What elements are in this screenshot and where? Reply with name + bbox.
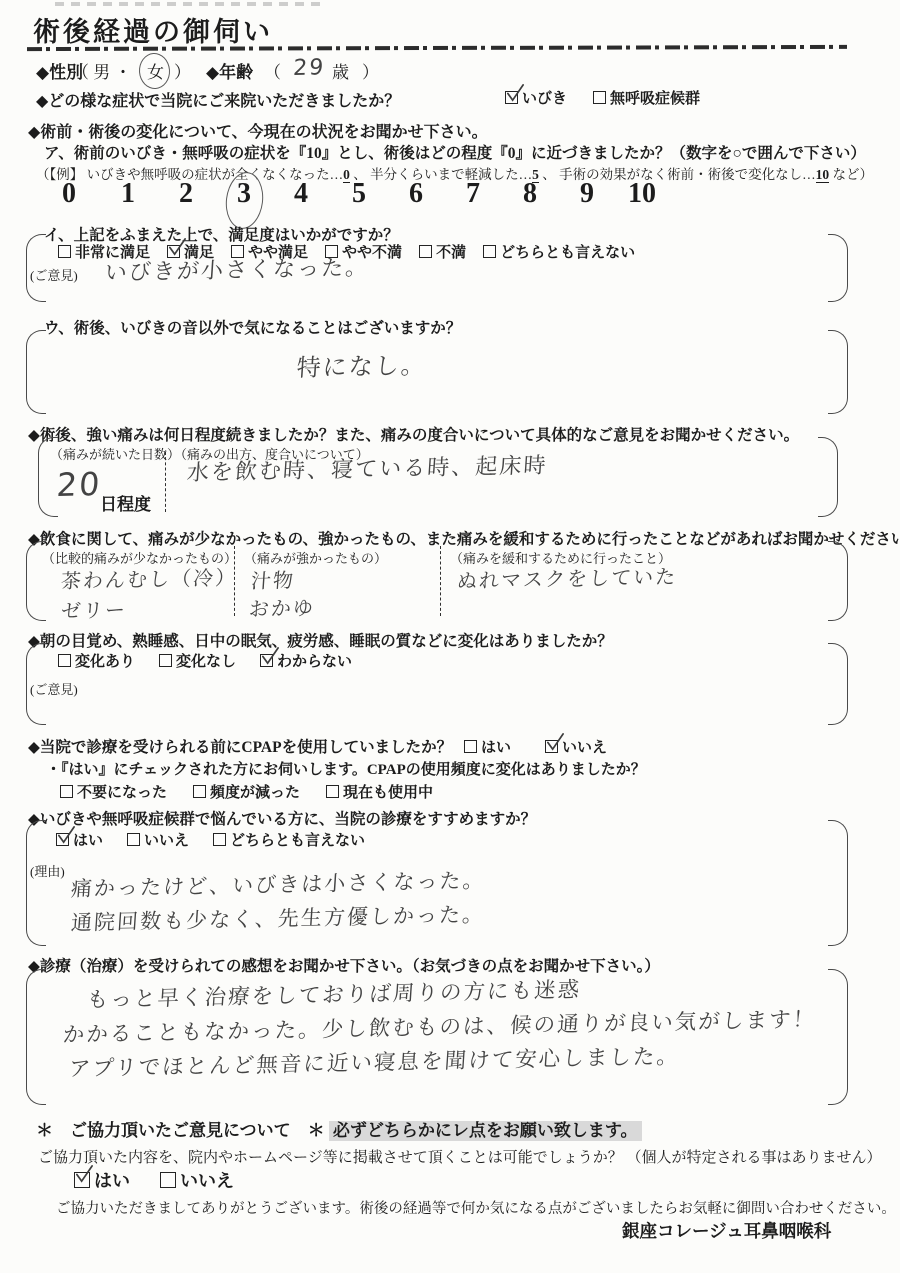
pain-column-divider [165,452,166,512]
sex-options: （ 男 ・ [72,58,132,83]
checkbox-wakaranai[interactable] [260,654,273,667]
check-icon [504,83,527,104]
sex-close: ） [174,58,191,83]
option-cpap-iie: いいえ [545,736,607,757]
food-col1-line2-handwritten: ゼリー [60,594,128,624]
bracket-right [818,437,838,517]
option-ibiki: いびき [505,87,567,108]
sleep-comment-label: (ご意見) [30,679,78,698]
bracket-left [26,820,46,946]
bracket-right [828,820,848,946]
pain-days-value-handwritten: 20 [55,465,102,504]
option-henka-ari: 変化あり [58,650,135,671]
answer-box-sound [26,330,848,414]
scale-number-1[interactable]: 1 [121,178,135,210]
cpap-options: はい いいえ [464,736,607,757]
food-col3-line1-handwritten: ぬれマスクをしていた [456,560,678,594]
option-label: 無呼吸症候群 [610,87,700,108]
recommend-options: はい いいえ どちらとも言えない [56,829,365,850]
checkbox-cpap-hai[interactable] [464,740,477,753]
questionnaire-scan: 術後経過の御伺い ◆性別 （ 男 ・ 女 ） ◆年齢 （ 29 歳 ） ◆どの様… [0,0,900,1273]
food-col1-line1-handwritten: 茶わんむし（冷） [60,561,238,594]
check-icon [544,732,567,753]
bracket-left [26,330,46,414]
option-label: どちらとも言えない [500,241,635,262]
option-label: はい [481,736,511,757]
checkbox-fuyou[interactable] [60,785,73,798]
checkbox-mukokyu[interactable] [593,91,606,104]
cpap-sub-options: 不要になった 頻度が減った 現在も使用中 [60,781,433,802]
option-label: いいえ [562,736,607,757]
age-value-handwritten: 29 [292,55,326,81]
option-rec-hai: はい [56,829,103,850]
example-text: 、 半分くらいまで軽減した… [350,167,532,182]
food-col2-line2-handwritten: おかゆ [248,592,316,622]
form-title: 術後経過の御伺い [33,10,273,49]
option-fuyou: 不要になった [60,781,167,802]
bracket-left [26,969,46,1105]
option-label: いびき [522,87,567,108]
checkbox-genzai-shiyou[interactable] [326,785,339,798]
scale-number-10[interactable]: 10 [628,178,656,210]
checkbox-publish-iie[interactable] [160,1172,176,1188]
scale-number-8[interactable]: 8 [523,178,537,210]
publish-options: はい いいえ [74,1167,234,1193]
change-heading: ◆術前・術後の変化について、今現在の状況をお聞かせ下さい。 [28,119,488,142]
checkbox-rec-iie[interactable] [127,833,140,846]
scale-number-7[interactable]: 7 [466,178,480,210]
example-text: など） [829,167,873,182]
option-label: わからない [277,650,352,671]
scale-number-6[interactable]: 6 [409,178,423,210]
scale-number-9[interactable]: 9 [580,178,594,210]
reason-label: (理由) [30,861,65,880]
female-circle-annotation [138,52,171,90]
pain-days-label: （痛みが続いた日数） [50,444,180,463]
sound-answer-handwritten: 特になし。 [296,345,429,383]
age-unit: 歳 [332,58,349,83]
option-label: 現在も使用中 [343,781,433,802]
scale-number-5[interactable]: 5 [352,178,366,210]
option-fuman: 不満 [419,241,466,262]
example-num-0: 0 [343,167,350,183]
option-label: いいえ [144,829,189,850]
scan-artifact [55,2,327,6]
consent-note-highlight: 必ずどちらかにレ点をお願い致します。 [329,1121,642,1141]
symptom-options: いびき 無呼吸症候群 [505,87,700,108]
publish-question: ご協力頂いた内容を、院内やホームページ等に掲載させて頂くことは可能でしょうか？ … [38,1146,881,1167]
checkbox-hijouni-manzoku[interactable] [58,245,71,258]
check-icon [259,646,282,667]
scale-number-2[interactable]: 2 [179,178,193,210]
checkbox-publish-hai[interactable] [74,1172,90,1188]
consent-note: ＊ ご協力頂いたご意見について ＊ 必ずどちらかにレ点をお願い致します。 [36,1116,642,1141]
option-henka-nashi: 変化なし [159,650,236,671]
option-label: はい [94,1167,130,1193]
cpap-heading: ◆当院で診療を受けられる前にCPAPを使用していましたか？ [28,735,452,757]
bracket-right [828,330,848,414]
scale-number-4[interactable]: 4 [294,178,308,210]
age-close: ） [362,58,379,83]
option-cpap-hai: はい [464,736,511,757]
option-dochira: どちらとも言えない [483,241,635,262]
option-genzai-shiyou: 現在も使用中 [326,781,433,802]
bracket-right [828,234,848,302]
scale-number-0[interactable]: 0 [62,178,76,210]
change-example-line: （【例】 いびきや無呼吸の症状が全くなくなった…0 、 半分くらいまで軽減した…… [36,163,873,183]
consent-note-prefix: ＊ ご協力頂いたご意見について ＊ [36,1121,329,1140]
example-num-10: 10 [816,167,830,183]
food-col2-line1-handwritten: 汁物 [250,564,296,594]
pain-days-unit: 日程度 [100,490,151,515]
option-rec-iie: いいえ [127,829,189,850]
check-icon [73,1164,96,1185]
checkbox-rec-hai[interactable] [56,833,69,846]
checkbox-henka-ari[interactable] [58,654,71,667]
option-label: どちらとも言えない [230,829,365,850]
cpap-sub-question: ・『はい』にチェックされた方にお伺いします。CPAPの使用頻度に変化はありました… [46,758,646,779]
bracket-right [828,969,848,1105]
sleep-options: 変化あり 変化なし わからない [58,650,352,671]
option-label: 不満 [436,241,466,262]
option-label: いいえ [180,1167,234,1193]
option-publish-hai: はい [74,1167,130,1193]
option-wakaranai: わからない [260,650,352,671]
option-label: 頻度が減った [210,781,300,802]
satisfaction-comment-handwritten: いびきが小さくなった。 [104,250,371,287]
age-label: ◆年齢 [206,58,253,83]
clinic-name: 銀座コレージュ耳鼻咽喉科 [622,1218,831,1243]
option-publish-iie: いいえ [160,1167,234,1193]
change-question-a: ア、術前のいびき・無呼吸の症状を『10』とし、術後はどの程度『0』に近づきました… [44,141,866,163]
title-rule [27,45,847,51]
check-icon [55,825,78,846]
option-rec-dochira: どちらとも言えない [213,829,365,850]
checkbox-fuman[interactable] [419,245,432,258]
checkbox-cpap-iie[interactable] [545,740,558,753]
checkbox-henka-nashi[interactable] [159,654,172,667]
option-mukokyu: 無呼吸症候群 [593,87,700,108]
food-column-divider-2 [440,546,441,616]
option-hindo-hetta: 頻度が減った [193,781,300,802]
symptom-question: ◆どの様な症状で当院にご来院いただきましたか？ [36,88,400,111]
bracket-right [828,541,848,621]
checkbox-dochira[interactable] [483,245,496,258]
option-label: 不要になった [77,781,167,802]
option-label: 変化あり [75,650,135,671]
comment-label: (ご意見) [30,265,78,284]
checkbox-rec-dochira[interactable] [213,833,226,846]
checkbox-hindo-hetta[interactable] [193,785,206,798]
checkbox-ibiki[interactable] [505,91,518,104]
bracket-right [828,643,848,725]
age-open: （ [264,58,281,83]
option-label: 変化なし [176,650,236,671]
thanks-note: ご協力いただきましてありがとうございます。術後の経過等で何か気になる点がございま… [56,1197,896,1218]
